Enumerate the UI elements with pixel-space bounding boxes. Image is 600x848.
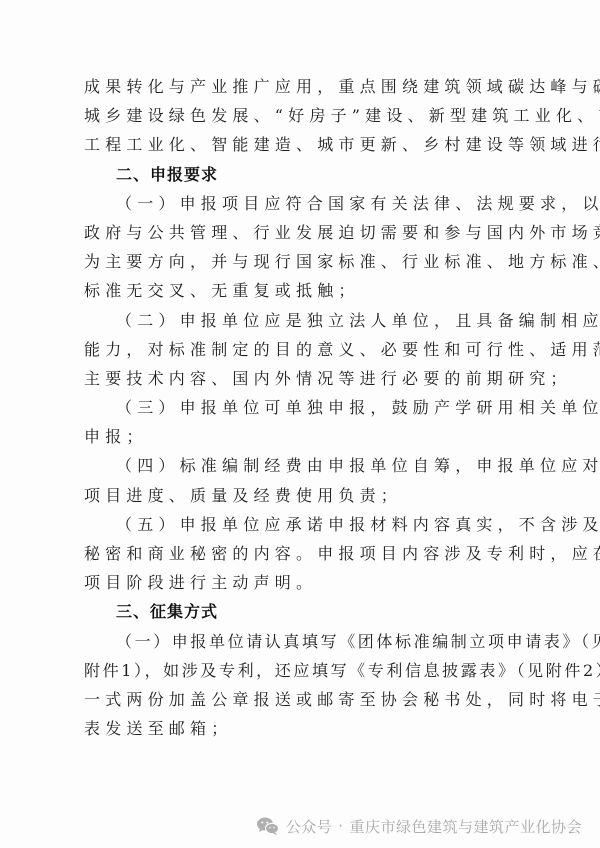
paragraph-line: （二）申报单位应是独立法人单位，且具备编制相应标准的: [84, 306, 524, 335]
paragraph-line: 为主要方向，并与现行国家标准、行业标准、地方标准、团体: [84, 247, 524, 276]
watermark-account-name: 重庆市绿色建筑与建筑产业化协会: [349, 816, 582, 837]
watermark-separator: ·: [338, 817, 343, 835]
paragraph-line: 标准无交叉、无重复或抵触；: [84, 276, 524, 305]
document-body: 成果转化与产业推广应用，重点围绕建筑领域碳达峰与碳中和、 城乡建设绿色发展、“好…: [84, 72, 524, 743]
section-heading-requirements: 二、申报要求: [84, 160, 524, 189]
paragraph-line: 项目进度、质量及经费使用负责；: [84, 481, 524, 510]
paragraph-line: 附件1），如涉及专利，还应填写《专利信息披露表》（见附件2），: [84, 656, 524, 685]
paragraph-line: （四）标准编制经费由申报单位自筹，申报单位应对标准: [84, 451, 524, 480]
paragraph-line: （五）申报单位应承诺申报材料内容真实，不含涉及国家: [84, 510, 524, 539]
paragraph-line: （一）申报单位请认真填写《团体标准编制立项申请表》（见: [84, 627, 524, 656]
paragraph-line: 政府与公共管理、行业发展迫切需要和参与国内外市场竞争亟需: [84, 218, 524, 247]
paragraph-line: （一）申报项目应符合国家有关法律、法规要求，以围绕: [84, 189, 524, 218]
paragraph-line: 工程工业化、智能建造、城市更新、乡村建设等领域进行申报。: [84, 130, 524, 159]
paragraph-line: 城乡建设绿色发展、“好房子”建设、新型建筑工业化、市政: [84, 101, 524, 130]
paragraph-line: 一式两份加盖公章报送或邮寄至协会秘书处，同时将电子版申请: [84, 685, 524, 714]
paragraph-line: 能力，对标准制定的目的意义、必要性和可行性、适用范围和: [84, 335, 524, 364]
paragraph-line: 项目阶段进行主动声明。: [84, 568, 524, 597]
watermark-label: 公众号: [286, 816, 333, 837]
paragraph-line: （三）申报单位可单独申报，鼓励产学研用相关单位联合: [84, 393, 524, 422]
wechat-watermark: 公众号 · 重庆市绿色建筑与建筑产业化协会: [256, 814, 582, 838]
section-heading-collection-method: 三、征集方式: [84, 597, 524, 626]
paragraph-line: 表发送至邮箱；: [84, 714, 524, 743]
paragraph-line: 主要技术内容、国内外情况等进行必要的前期研究；: [84, 364, 524, 393]
paragraph-line: 成果转化与产业推广应用，重点围绕建筑领域碳达峰与碳中和、: [84, 72, 524, 101]
wechat-icon: [256, 816, 280, 836]
document-page: 成果转化与产业推广应用，重点围绕建筑领域碳达峰与碳中和、 城乡建设绿色发展、“好…: [0, 0, 600, 848]
paragraph-line: 秘密和商业秘密的内容。申报项目内容涉及专利时，应在申报: [84, 539, 524, 568]
paragraph-line: 申报；: [84, 422, 524, 451]
